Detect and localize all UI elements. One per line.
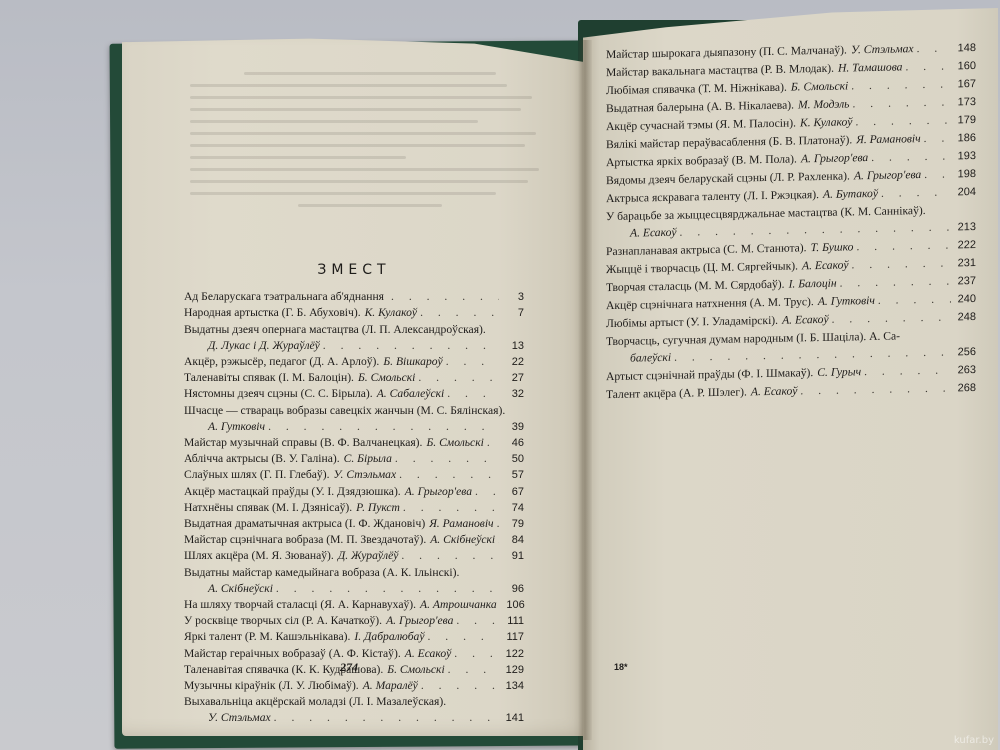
entry-author: Я. Рамановіч: [856, 130, 920, 148]
entry-title: Выхавальніца акцёрскай моладзі (Л. І. Ма…: [184, 694, 446, 710]
dot-leader: [878, 290, 951, 308]
toc-entry: Музычны кіраўнік (Л. У. Любімаў).А. Мара…: [184, 678, 524, 694]
entry-title: Любімы артыст (У. І. Уладамірскі).: [606, 312, 778, 332]
entry-author: А. Есакоў: [405, 646, 452, 662]
entry-page-number: 39: [502, 419, 524, 435]
dot-leader: [855, 111, 951, 130]
toc-entry: Слаўных шлях (Г. П. Глебаў).У. Стэльмах5…: [184, 467, 524, 483]
toc-entry: Народная артыстка (Г. Б. Абуховіч).К. Ку…: [184, 305, 524, 321]
entry-page-number: 167: [954, 76, 976, 93]
toc-right-column: Майстар шырокага дыяпазону (П. С. Малчан…: [606, 39, 976, 404]
dot-leader: [832, 308, 951, 327]
dot-leader: [276, 581, 499, 597]
entry-page-number: 111: [502, 613, 524, 629]
entry-page-number: 46: [502, 435, 524, 451]
entry-author: Я. Рамановіч: [429, 516, 493, 532]
entry-page-number: 134: [502, 678, 524, 694]
entry-author: А. Атрошчанка: [420, 597, 497, 613]
dot-leader: [852, 93, 951, 112]
entry-page-number: 84: [502, 532, 524, 548]
dot-leader: [399, 467, 499, 483]
entry-title: Нястомны дзеяч сцэны (С. С. Бірыла).: [184, 386, 373, 402]
entry-author: А. Грыгор'ева: [386, 613, 453, 629]
entry-page-number: 213: [954, 219, 976, 236]
dot-leader: [800, 379, 951, 399]
entry-author: У. Стэльмах: [208, 710, 271, 726]
page-number-left: 274: [340, 660, 358, 675]
dot-leader: [497, 516, 499, 532]
entry-page-number: 57: [502, 467, 524, 483]
toc-entry: Аблічча актрысы (В. У. Галіна).С. Бірыла…: [184, 451, 524, 467]
entry-page-number: 122: [502, 646, 524, 662]
entry-author: Д. Жураўлёў: [338, 548, 399, 564]
toc-entry: Ад Беларускага тэатральнага аб'яднання3: [184, 289, 524, 305]
entry-author: А. Грыгор'ева: [405, 484, 472, 500]
entry-page-number: 193: [954, 148, 976, 165]
entry-title: Выдатны майстар камедыйнага вобраза (А. …: [184, 565, 459, 581]
toc-entry: Майстар музычнай справы (В. Ф. Валчанецк…: [184, 435, 524, 451]
toc-entry: А. Скібнеўскі96: [184, 581, 524, 597]
entry-title: Выдатны дзеяч опернага мастацтва (Л. П. …: [184, 322, 486, 338]
toc-entry: Выдатная драматычная актрыса (І. Ф. Ждан…: [184, 516, 524, 532]
toc-entry: На шляху творчай сталасці (Я. А. Карнаву…: [184, 597, 524, 613]
dot-leader: [268, 419, 499, 435]
toc-entry: А. Гутковіч39: [184, 419, 524, 435]
dot-leader: [403, 500, 499, 516]
dot-leader: [446, 354, 499, 370]
dot-leader: [418, 370, 499, 386]
dot-leader: [456, 613, 499, 629]
dot-leader: [323, 338, 499, 354]
dot-leader: [856, 236, 951, 255]
dot-leader: [905, 57, 951, 75]
entry-page-number: 186: [954, 130, 976, 147]
toc-entry: Акцёр мастацкай праўды (У. І. Дзядзюшка)…: [184, 484, 524, 500]
dot-leader: [487, 435, 499, 451]
entry-author: І. Дабралюбаў: [354, 629, 424, 645]
entry-page-number: 222: [954, 237, 976, 254]
entry-author: А. Маралёў: [363, 678, 418, 694]
toc-entry: У росквіце творчых сіл (Р. А. Качаткоў).…: [184, 613, 524, 629]
dot-leader: [421, 678, 499, 694]
entry-page-number: 3: [502, 289, 524, 305]
entry-page-number: 74: [502, 500, 524, 516]
entry-page-number: 268: [954, 380, 976, 397]
dot-leader: [395, 451, 499, 467]
entry-page-number: 13: [502, 338, 524, 354]
dot-leader: [924, 129, 951, 147]
toc-entry: Шлях акцёра (М. Я. Зюванаў).Д. Жураўлёў9…: [184, 548, 524, 564]
entry-page-number: 141: [502, 710, 524, 726]
entry-page-number: 198: [954, 166, 976, 183]
entry-title: На шляху творчай сталасці (Я. А. Карнаву…: [184, 597, 416, 613]
entry-author: А. Грыгор'ева: [801, 149, 868, 167]
entry-title: Акцёр, рэжысёр, педагог (Д. А. Арлоў).: [184, 354, 379, 370]
dot-leader: [851, 75, 951, 94]
dot-leader: [840, 272, 951, 291]
toc-heading: ЗМЕСТ: [184, 262, 524, 278]
dot-leader: [401, 548, 499, 564]
entry-author: С. Бірыла: [344, 451, 392, 467]
entry-author: С. Гурыч: [817, 363, 861, 381]
entry-page-number: 129: [502, 662, 524, 678]
dot-leader: [924, 165, 951, 183]
entry-page-number: 7: [502, 305, 524, 321]
toc-entry: Яркі талент (Р. М. Кашэльнікава).І. Дабр…: [184, 629, 524, 645]
entry-title: Акцёр мастацкай праўды (У. І. Дзядзюшка)…: [184, 484, 401, 500]
dot-leader: [852, 254, 951, 273]
toc-entry: Таленавіты спявак (І. М. Балоцін).Б. Смо…: [184, 370, 524, 386]
bleed-through-text: [190, 72, 550, 242]
entry-author: Б. Смольскі: [426, 435, 483, 451]
dot-leader: [871, 147, 951, 166]
entry-title: Выдатная драматычная актрыса (І. Ф. Ждан…: [184, 516, 425, 532]
entry-author: Б. Смольскі: [358, 370, 415, 386]
entry-author: А. Есакоў: [802, 256, 849, 274]
entry-title: Таленавіты спявак (І. М. Балоцін).: [184, 370, 354, 386]
dot-leader: [917, 39, 951, 57]
entry-title: Народная артыстка (Г. Б. Абуховіч).: [184, 305, 361, 321]
entry-page-number: 50: [502, 451, 524, 467]
entry-page-number: 240: [954, 291, 976, 308]
toc-entry: Майстар сцэнічнага вобраза (М. П. Звезда…: [184, 532, 524, 548]
toc-entry: Акцёр, рэжысёр, педагог (Д. А. Арлоў).Б.…: [184, 354, 524, 370]
entry-title: Ад Беларускага тэатральнага аб'яднання: [184, 289, 384, 305]
dot-leader: [454, 646, 499, 662]
dot-leader: [475, 484, 499, 500]
entry-author: А. Скібнеўскі: [208, 581, 273, 597]
entry-page-number: 79: [502, 516, 524, 532]
entry-page-number: 256: [954, 344, 976, 361]
entry-author: А. Скібнеўскі: [430, 532, 495, 548]
entry-author: А. Бутакоў: [823, 185, 878, 203]
entry-author: А. Есакоў: [751, 382, 798, 400]
toc-entry: Д. Лукас і Д. Жураўлёў13: [184, 338, 524, 354]
entry-author: У. Стэльмах: [333, 467, 396, 483]
entry-page-number: 22: [502, 354, 524, 370]
entry-page-number: 32: [502, 386, 524, 402]
entry-author: М. Модэль: [798, 95, 849, 113]
entry-author: І. Балоцін: [789, 275, 837, 293]
entry-page-number: 67: [502, 484, 524, 500]
entry-title: Выдатная балерына (А. В. Нікалаева).: [606, 96, 794, 117]
dot-leader: [448, 662, 499, 678]
entry-title: Аблічча актрысы (В. У. Галіна).: [184, 451, 340, 467]
dot-leader: [391, 289, 499, 305]
entry-page-number: 237: [954, 273, 976, 290]
entry-author: А. Есакоў: [782, 311, 829, 329]
entry-author: А. Гутковіч: [818, 292, 875, 310]
entry-title: Слаўных шлях (Г. П. Глебаў).: [184, 467, 329, 483]
entry-page-number: 91: [502, 548, 524, 564]
entry-title: Яркі талент (Р. М. Кашэльнікава).: [184, 629, 350, 645]
dot-leader: [420, 305, 499, 321]
entry-title: Любімая спявачка (Т. М. Ніжнікава).: [606, 79, 787, 99]
entry-author: Т. Бушко: [811, 238, 854, 256]
entry-page-number: 179: [954, 112, 976, 129]
entry-title: У росквіце творчых сіл (Р. А. Качаткоў).: [184, 613, 382, 629]
entry-author: К. Кулакоў: [800, 113, 852, 131]
entry-author: Б. Смольскі: [387, 662, 444, 678]
entry-author: К. Кулакоў: [365, 305, 417, 321]
toc-entry: Шчасце — ствараць вобразы савецкіх жанчы…: [184, 403, 524, 419]
dot-leader: [447, 386, 499, 402]
entry-page-number: 148: [954, 40, 976, 57]
entry-title: Натхнёны спявак (М. І. Дзянісаў).: [184, 500, 352, 516]
entry-page-number: 106: [503, 597, 525, 613]
entry-page-number: 173: [954, 94, 976, 111]
entry-title: Шчасце — ствараць вобразы савецкіх жанчы…: [184, 403, 505, 419]
entry-author: А. Гутковіч: [208, 419, 265, 435]
entry-title: Музычны кіраўнік (Л. У. Любімаў).: [184, 678, 359, 694]
entry-author: Р. Пукст: [356, 500, 400, 516]
entry-author: А. Грыгор'ева: [854, 166, 921, 184]
entry-author: А. Сабалеўскі: [377, 386, 445, 402]
entry-author: Б. Вішкароў: [383, 354, 442, 370]
entry-title: Талент акцёра (А. Р. Шэлег).: [606, 383, 747, 403]
entry-author: Д. Лукас і Д. Жураўлёў: [208, 338, 320, 354]
toc-entry: Выдатны дзеяч опернага мастацтва (Л. П. …: [184, 322, 524, 338]
entry-page-number: 263: [954, 362, 976, 379]
entry-title: Майстар гераічных вобразаў (А. Ф. Кістаў…: [184, 646, 401, 662]
dot-leader: [427, 629, 499, 645]
toc-entry: Нястомны дзеяч сцэны (С. С. Бірыла).А. С…: [184, 386, 524, 402]
dot-leader: [864, 361, 951, 380]
entry-author: балеўскі: [630, 349, 671, 367]
dot-leader: [274, 710, 499, 726]
entry-author: А. Есакоў: [630, 224, 677, 242]
dot-leader: [881, 183, 951, 201]
entry-page-number: 160: [954, 58, 976, 75]
toc-entry: У. Стэльмах141: [184, 710, 524, 726]
watermark: kufar.by: [954, 735, 994, 746]
entry-page-number: 27: [502, 370, 524, 386]
entry-page-number: 96: [502, 581, 524, 597]
entry-title: Творчая сталасць (М. М. Сярдобаў).: [606, 276, 785, 296]
toc-left-column: ЗМЕСТ Ад Беларускага тэатральнага аб'ядн…: [184, 262, 524, 727]
signature-mark: 18*: [614, 662, 628, 672]
dot-leader: [498, 532, 499, 548]
entry-page-number: 248: [954, 309, 976, 326]
toc-entry: Выхавальніца акцёрскай моладзі (Л. І. Ма…: [184, 694, 524, 710]
entry-author: Б. Смольскі: [791, 77, 848, 95]
toc-entry: Натхнёны спявак (М. І. Дзянісаў).Р. Пукс…: [184, 500, 524, 516]
entry-page-number: 117: [502, 629, 524, 645]
entry-title: Майстар музычнай справы (В. Ф. Валчанецк…: [184, 435, 422, 451]
entry-author: У. Стэльмах: [851, 40, 914, 58]
entry-title: Шлях акцёра (М. Я. Зюванаў).: [184, 548, 334, 564]
entry-title: Майстар сцэнічнага вобраза (М. П. Звезда…: [184, 532, 426, 548]
book-gutter: [578, 40, 592, 740]
entry-author: Н. Тамашова: [838, 58, 903, 76]
toc-entry-list: Майстар шырокага дыяпазону (П. С. Малчан…: [606, 39, 976, 404]
entry-page-number: 204: [954, 184, 976, 201]
entry-page-number: 231: [954, 255, 976, 272]
toc-entry: Выдатны майстар камедыйнага вобраза (А. …: [184, 565, 524, 581]
